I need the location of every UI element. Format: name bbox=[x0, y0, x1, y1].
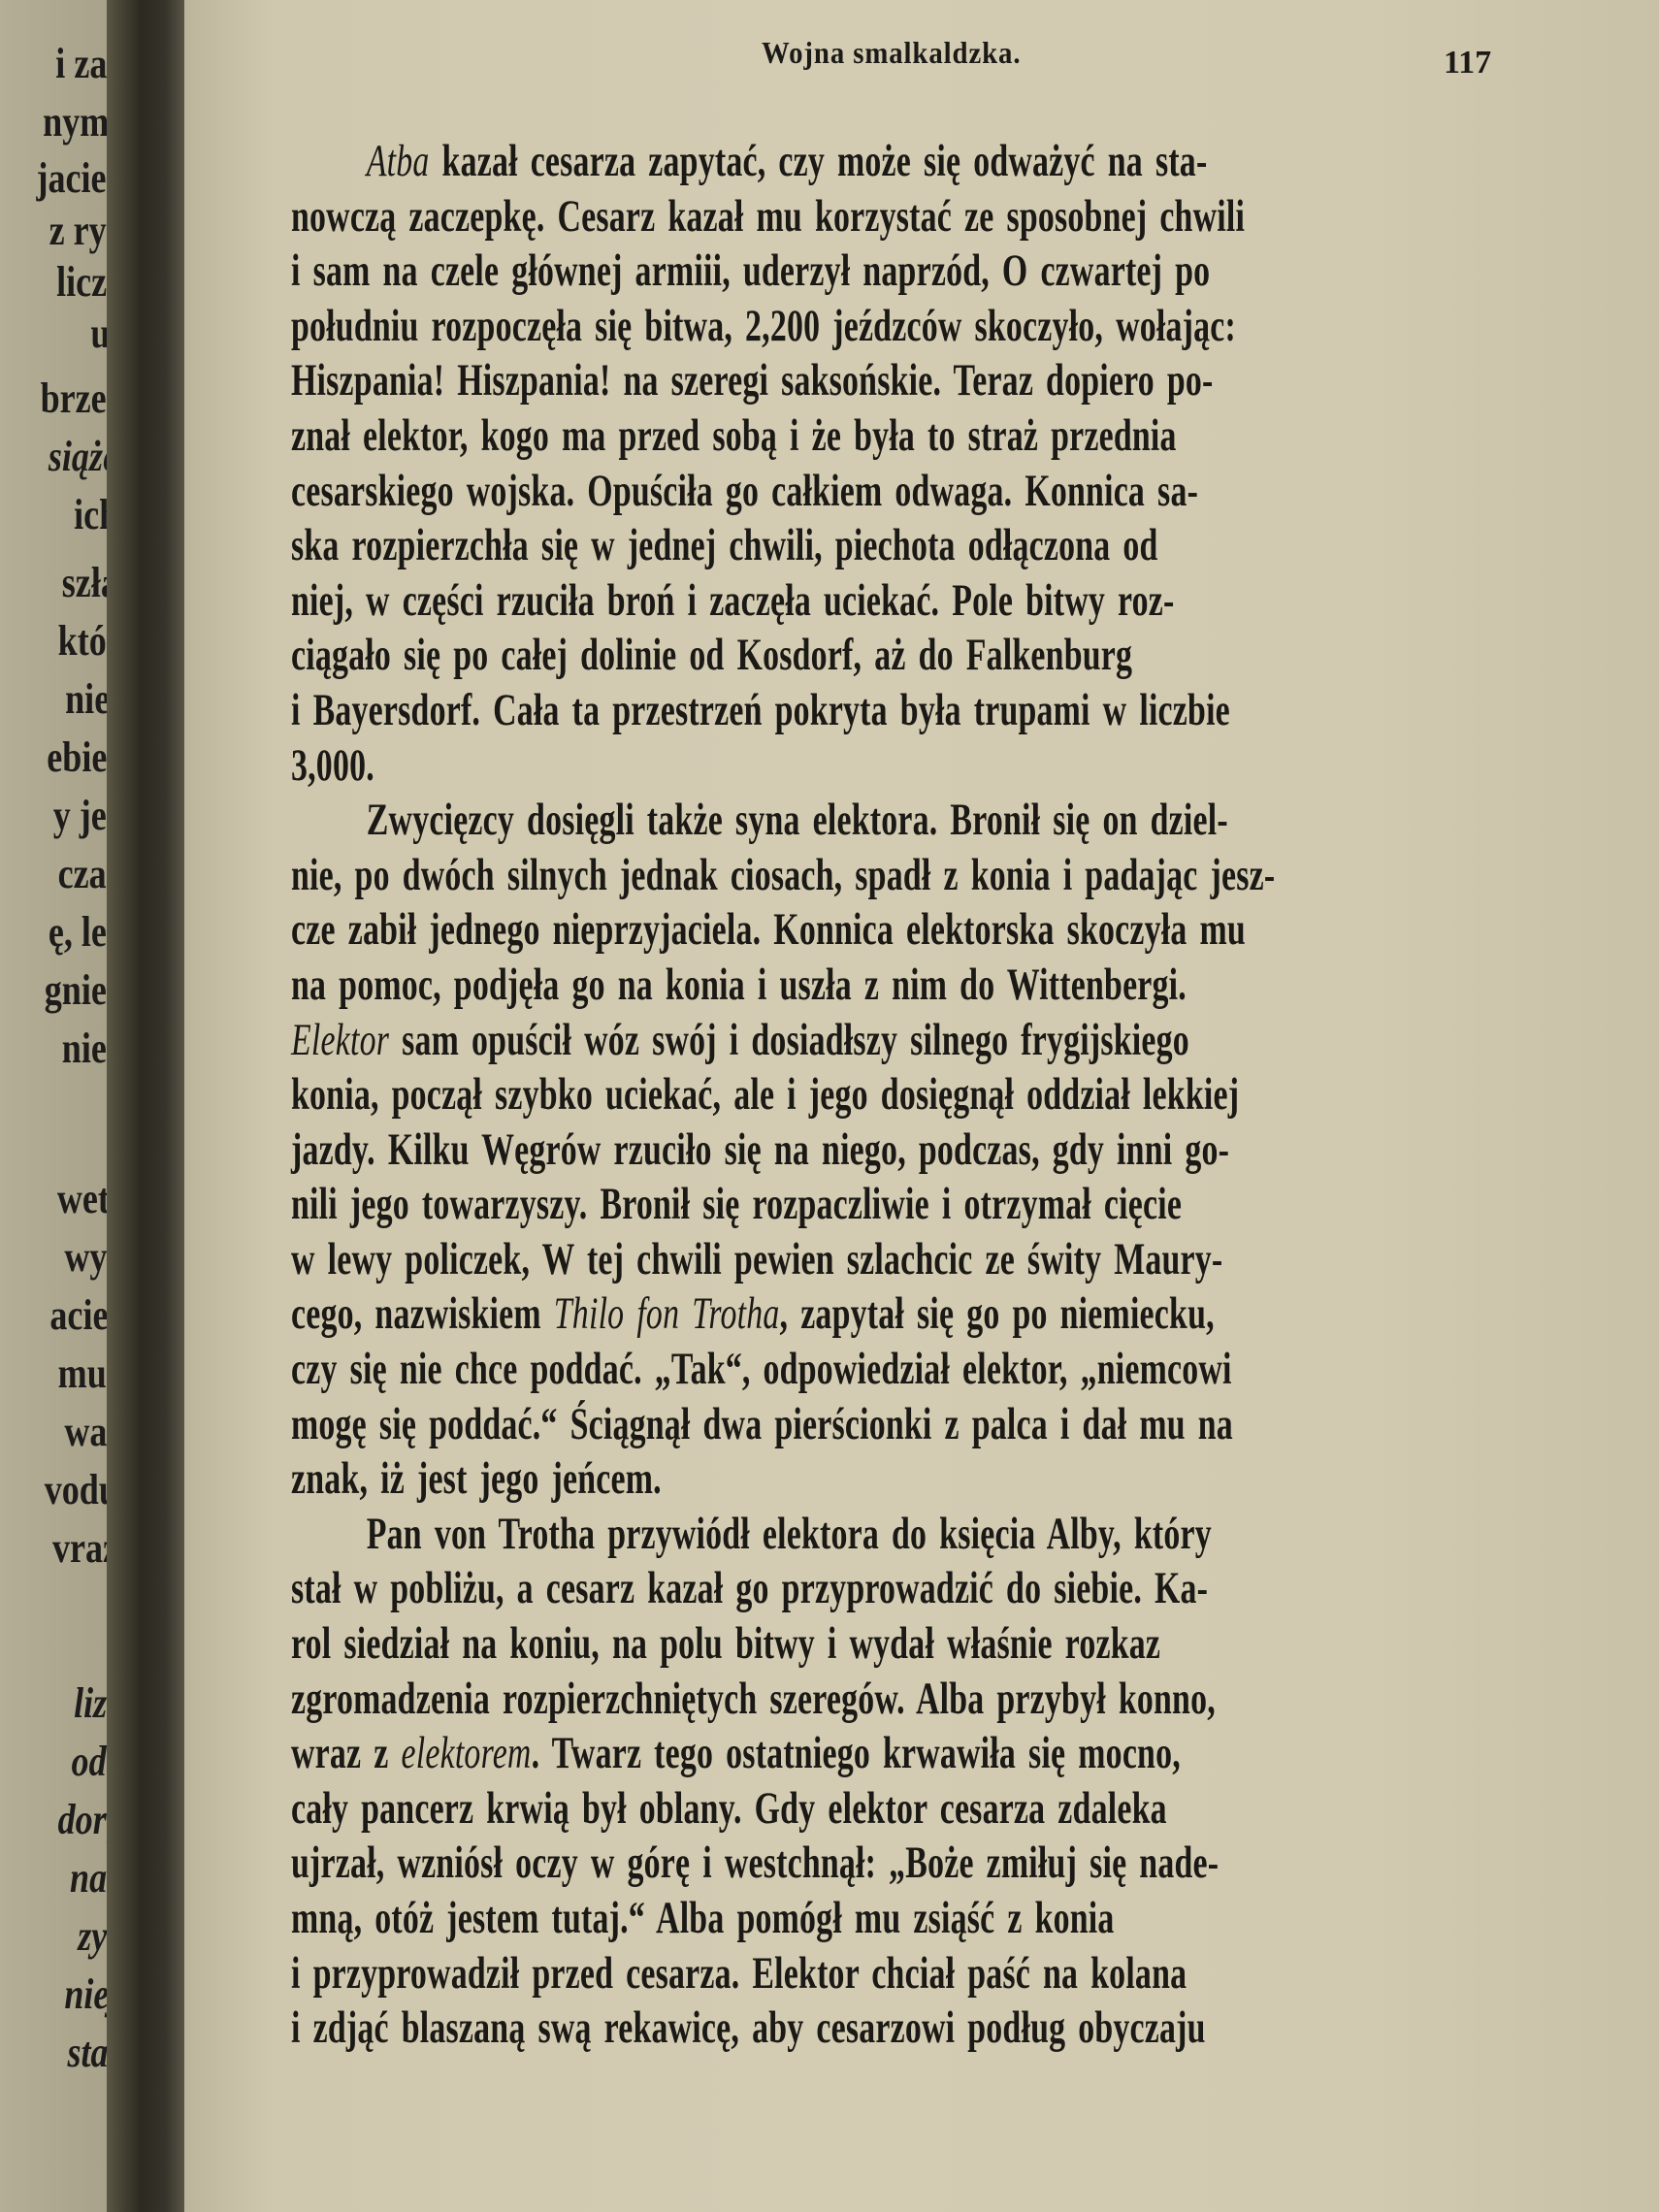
text-line: ujrzał, wzniósł oczy w górę i westchnął:… bbox=[291, 1836, 1304, 1891]
italic-text: Atba bbox=[367, 136, 430, 186]
text-line: jazdy. Kilku Węgrów rzuciło się na niego… bbox=[291, 1122, 1304, 1178]
text-run: konia, począł szybko uciekać, ale i jego… bbox=[291, 1069, 1239, 1120]
text-line: nie, po dwóch silnych jednak ciosach, sp… bbox=[291, 848, 1304, 903]
text-run: i przyprowadził przed cesarza. Elektor c… bbox=[291, 1948, 1187, 1999]
text-run: znak, iż jest jego jeńcem. bbox=[291, 1453, 662, 1504]
text-line: mną, otóż jestem tutaj.“ Alba pomógł mu … bbox=[291, 1891, 1304, 1946]
text-run: 3,000. bbox=[291, 740, 374, 791]
page-header: Wojna smalkaldzka. 117 bbox=[184, 29, 1659, 87]
text-run: cego, nazwiskiem bbox=[291, 1288, 554, 1339]
text-line: Elektor sam opuścił wóz swój i dosiadłsz… bbox=[291, 1013, 1304, 1068]
text-line: i sam na czele głównej armiii, uderzył n… bbox=[291, 244, 1304, 299]
text-run: cze zabił jednego nieprzyjaciela. Konnic… bbox=[291, 904, 1246, 955]
text-run: Zwycięzcy dosięgli także syna elektora. … bbox=[367, 795, 1228, 845]
text-line: nowczą zaczepkę. Cesarz kazał mu korzyst… bbox=[291, 189, 1304, 244]
body-text: Atba kazał cesarza zapytać, czy może się… bbox=[291, 134, 1659, 2056]
text-line: w lewy policzek, W tej chwili pewien szl… bbox=[291, 1232, 1304, 1287]
right-page: Wojna smalkaldzka. 117 Atba kazał cesarz… bbox=[184, 0, 1659, 2212]
text-line: cały pancerz krwią był oblany. Gdy elekt… bbox=[291, 1781, 1304, 1837]
text-line: Hiszpania! Hiszpania! na szeregi saksońs… bbox=[291, 353, 1304, 408]
text-run: . Twarz tego ostatniego krwawiła się moc… bbox=[532, 1728, 1181, 1778]
text-line: Pan von Trotha przywiódł elektora do ksi… bbox=[291, 1507, 1304, 1562]
text-line: znak, iż jest jego jeńcem. bbox=[291, 1451, 1304, 1507]
text-run: mną, otóż jestem tutaj.“ Alba pomógł mu … bbox=[291, 1893, 1115, 1943]
text-line: ciągało się po całej dolinie od Kosdorf,… bbox=[291, 628, 1304, 683]
text-line: mogę się poddać.“ Ściągnął dwa pierścion… bbox=[291, 1397, 1304, 1452]
text-run: , zapytał się go po niemiecku, bbox=[780, 1288, 1215, 1339]
text-run: i Bayersdorf. Cała ta przestrzeń pokryta… bbox=[291, 685, 1230, 735]
text-line: konia, począł szybko uciekać, ale i jego… bbox=[291, 1067, 1304, 1122]
text-line: na pomoc, podjęła go na konia i uszła z … bbox=[291, 958, 1304, 1013]
text-run: nowczą zaczepkę. Cesarz kazał mu korzyst… bbox=[291, 191, 1245, 242]
text-line: cego, nazwiskiem Thilo fon Trotha, zapyt… bbox=[291, 1286, 1304, 1342]
text-line: znał elektor, kogo ma przed sobą i że by… bbox=[291, 408, 1304, 464]
text-run: ujrzał, wzniósł oczy w górę i westchnął:… bbox=[291, 1838, 1219, 1888]
text-run: zgromadzenia rozpierzchniętych szeregów.… bbox=[291, 1674, 1216, 1724]
text-line: i przyprowadził przed cesarza. Elektor c… bbox=[291, 1946, 1304, 2001]
text-line: cze zabił jednego nieprzyjaciela. Konnic… bbox=[291, 902, 1304, 958]
text-run: cały pancerz krwią był oblany. Gdy elekt… bbox=[291, 1783, 1167, 1834]
text-run: i sam na czele głównej armiii, uderzył n… bbox=[291, 245, 1210, 296]
text-line: wraz z elektorem. Twarz tego ostatniego … bbox=[291, 1726, 1304, 1781]
text-run: nili jego towarzyszy. Bronił się rozpacz… bbox=[291, 1179, 1182, 1229]
text-run: niej, w części rzuciła broń i zaczęła uc… bbox=[291, 575, 1175, 626]
text-run: ska rozpierzchła się w jednej chwili, pi… bbox=[291, 520, 1158, 570]
text-line: niej, w części rzuciła broń i zaczęła uc… bbox=[291, 573, 1304, 629]
text-run: znał elektor, kogo ma przed sobą i że by… bbox=[291, 410, 1177, 461]
text-run: cesarskiego wojska. Opuściła go całkiem … bbox=[291, 466, 1198, 516]
text-run: południu rozpoczęła się bitwa, 2,200 jeź… bbox=[291, 301, 1236, 351]
text-run: ciągało się po całej dolinie od Kosdorf,… bbox=[291, 630, 1132, 680]
running-title: Wojna smalkaldzka. bbox=[762, 35, 1021, 71]
text-line: i Bayersdorf. Cała ta przestrzeń pokryta… bbox=[291, 683, 1304, 738]
text-line: 3,000. bbox=[291, 738, 1304, 794]
text-line: południu rozpoczęła się bitwa, 2,200 jeź… bbox=[291, 299, 1304, 354]
text-line: zgromadzenia rozpierzchniętych szeregów.… bbox=[291, 1672, 1304, 1727]
text-run: wraz z bbox=[291, 1728, 401, 1778]
text-run: kazał cesarza zapytać, czy może się odwa… bbox=[430, 136, 1208, 186]
text-run: stał w pobliżu, a cesarz kazał go przypr… bbox=[291, 1563, 1208, 1613]
text-run: czy się nie chce poddać. „Tak“, odpowied… bbox=[291, 1344, 1232, 1394]
text-run: rol siedział na koniu, na polu bitwy i w… bbox=[291, 1618, 1160, 1669]
text-run: i zdjąć blaszaną swą rekawicę, aby cesar… bbox=[291, 2002, 1206, 2053]
text-line: Atba kazał cesarza zapytać, czy może się… bbox=[291, 134, 1304, 189]
text-line: cesarskiego wojska. Opuściła go całkiem … bbox=[291, 464, 1304, 519]
text-run: sam opuścił wóz swój i dosiadłszy silneg… bbox=[389, 1015, 1189, 1065]
text-line: rol siedział na koniu, na polu bitwy i w… bbox=[291, 1616, 1304, 1672]
text-run: Pan von Trotha przywiódł elektora do ksi… bbox=[367, 1509, 1212, 1559]
text-run: mogę się poddać.“ Ściągnął dwa pierścion… bbox=[291, 1399, 1233, 1449]
italic-text: Thilo fon Trotha bbox=[554, 1288, 780, 1339]
italic-text: Elektor bbox=[291, 1015, 389, 1065]
text-run: nie, po dwóch silnych jednak ciosach, sp… bbox=[291, 850, 1275, 900]
page-number: 117 bbox=[1444, 45, 1491, 81]
text-run: w lewy policzek, W tej chwili pewien szl… bbox=[291, 1234, 1222, 1285]
text-line: stał w pobliżu, a cesarz kazał go przypr… bbox=[291, 1561, 1304, 1616]
text-run: jazdy. Kilku Węgrów rzuciło się na niego… bbox=[291, 1124, 1229, 1175]
text-run: Hiszpania! Hiszpania! na szeregi saksońs… bbox=[291, 355, 1214, 406]
text-line: Zwycięzcy dosięgli także syna elektora. … bbox=[291, 793, 1304, 848]
text-line: czy się nie chce poddać. „Tak“, odpowied… bbox=[291, 1342, 1304, 1397]
text-run: na pomoc, podjęła go na konia i uszła z … bbox=[291, 960, 1187, 1010]
text-line: nili jego towarzyszy. Bronił się rozpacz… bbox=[291, 1177, 1304, 1232]
text-line: ska rozpierzchła się w jednej chwili, pi… bbox=[291, 518, 1304, 573]
text-line: i zdjąć blaszaną swą rekawicę, aby cesar… bbox=[291, 2001, 1304, 2056]
italic-text: elektorem bbox=[401, 1728, 531, 1778]
